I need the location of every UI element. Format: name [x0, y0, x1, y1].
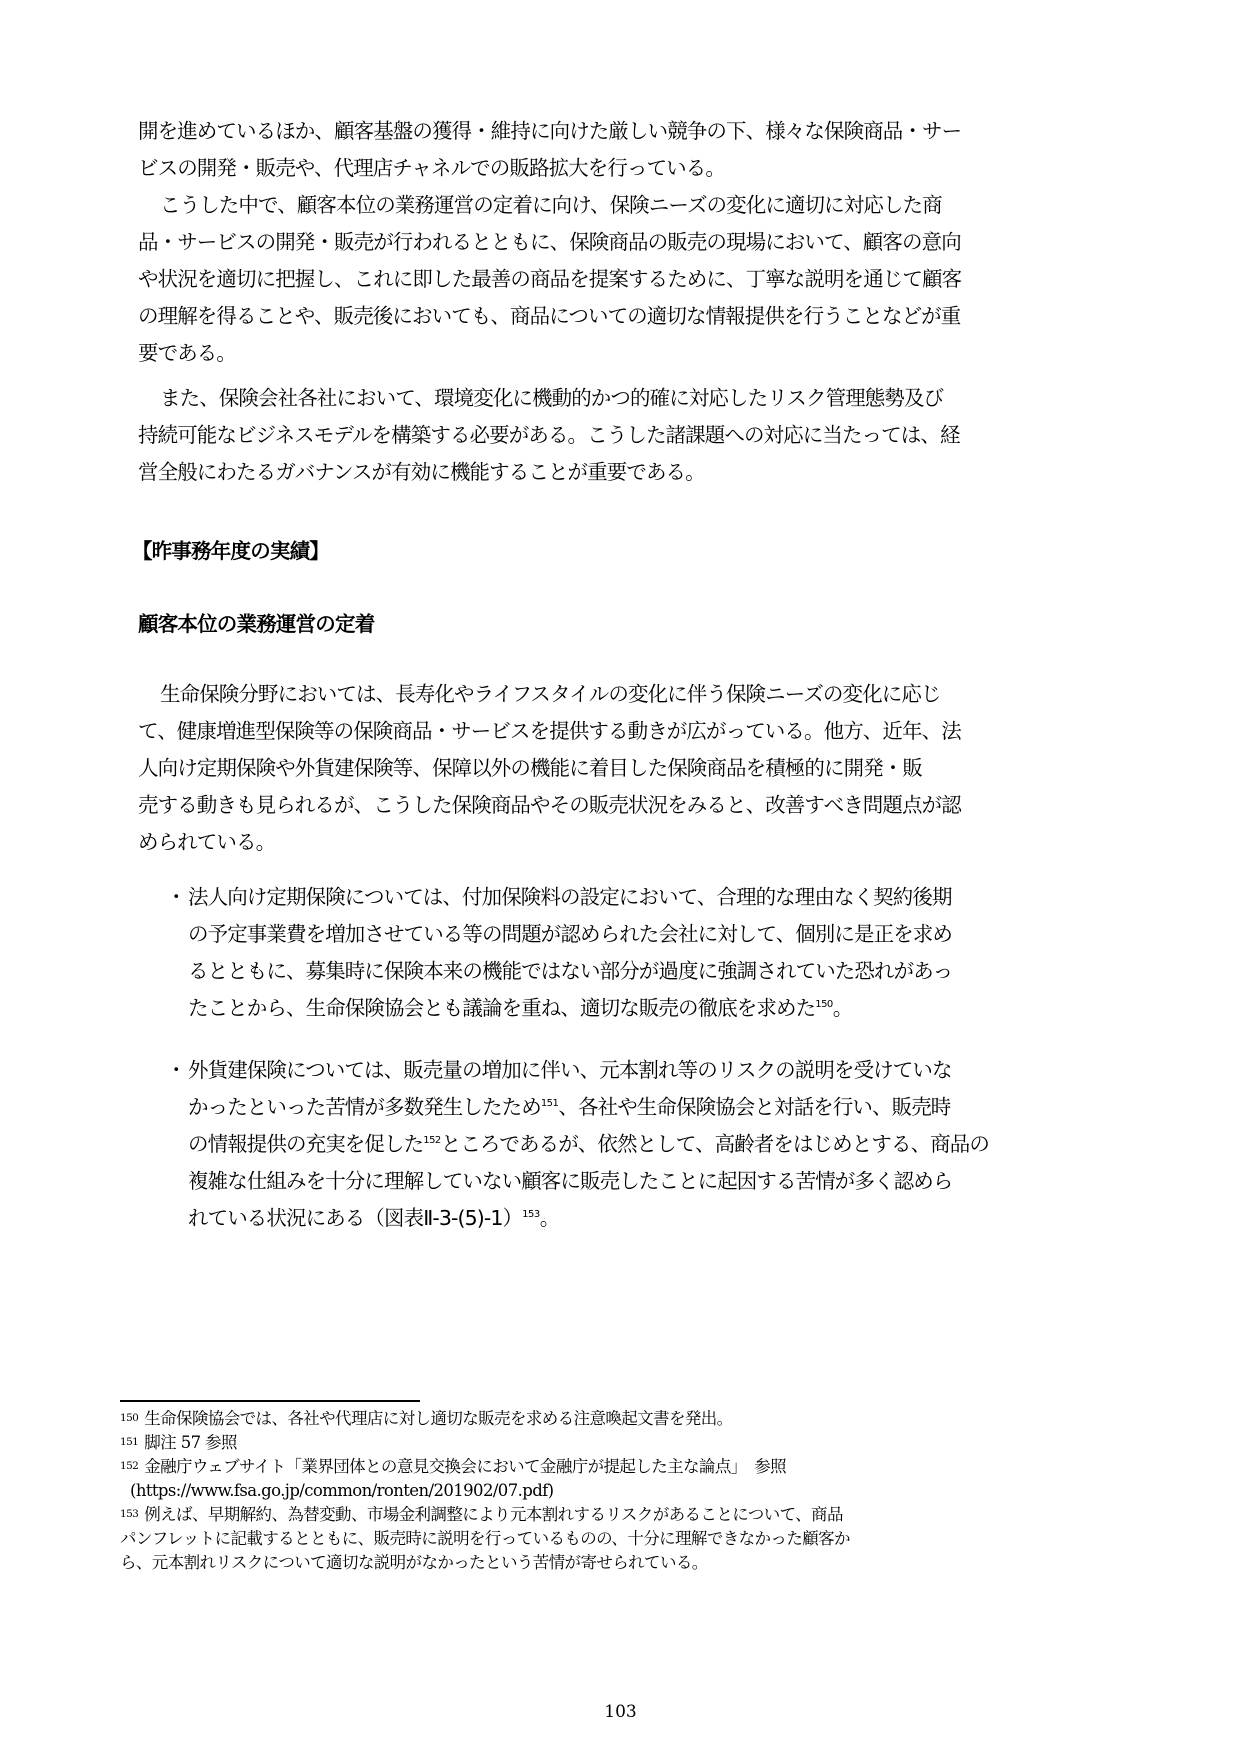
bullet-line: 複雑な仕組みを十分に理解していない顧客に販売したことに起因する苦情が多く認めら [188, 1167, 952, 1195]
footnote-152: 152金融庁ウェブサイト「業界団体との意見交換会において金融庁が提起した主な論点… [120, 1456, 786, 1478]
paragraph-line: 品・サービスの開発・販売が行われるとともに、保険商品の販売の現場において、顧客の… [138, 228, 961, 256]
page-number: 103 [0, 1702, 1241, 1722]
footnote-url-link[interactable]: (https://www.fsa.go.jp/common/ronten/201… [130, 1480, 554, 1502]
footnote-151: 151脚注 57 参照 [120, 1432, 237, 1454]
bullet-text: 。 [833, 996, 853, 1020]
footnote-number: 151 [120, 1436, 138, 1448]
paragraph-line: こうした中で、顧客本位の業務運営の定着に向け、保険ニーズの変化に適切に対応した商 [138, 191, 942, 219]
bullet-text: の情報提供の充実を促した [188, 1132, 423, 1156]
document-page: 開を進めているほか、顧客基盤の獲得・維持に向けた厳しい競争の下、様々な保険商品・… [0, 0, 1241, 1754]
footnote-divider [120, 1400, 420, 1402]
bullet-line: かったといった苦情が多数発生したため151、各社や生命保険協会と対話を行い、販売… [188, 1093, 950, 1121]
bullet-line: 法人向け定期保険については、付加保険料の設定において、合理的な理由なく契約後期 [188, 883, 952, 911]
footnote-ref-153[interactable]: 153 [522, 1209, 540, 1220]
bullet-text: れている状況にある（図表Ⅱ-3-(5)-1） [188, 1206, 522, 1230]
intro-line: ビスの開発・販売や、代理店チャネルでの販路拡大を行っている。 [138, 154, 725, 182]
bullet-line: れている状況にある（図表Ⅱ-3-(5)-1）153。 [188, 1204, 559, 1232]
footnote-150: 150生命保険協会では、各社や代理店に対し適切な販売を求める注意喚起文書を発出。 [120, 1408, 733, 1430]
footnote-text: 金融庁ウェブサイト「業界団体との意見交換会において金融庁が提起した主な論点」 参… [144, 1457, 786, 1476]
bullet-line: るとともに、募集時に保険本来の機能ではない部分が過度に強調されていた恐れがあっ [188, 957, 952, 985]
paragraph-line: また、保険会社各社において、環境変化に機動的かつ的確に対応したリスク管理態勢及び [138, 384, 943, 412]
paragraph-line: や状況を適切に把握し、これに即した最善の商品を提案するために、丁寧な説明を通じて… [138, 265, 961, 293]
bullet-line: たことから、生命保険協会とも議論を重ね、適切な販売の徹底を求めた150。 [188, 994, 852, 1022]
bullet-text: たことから、生命保険協会とも議論を重ね、適切な販売の徹底を求めた [188, 996, 815, 1020]
footnote-text: 生命保険協会では、各社や代理店に対し適切な販売を求める注意喚起文書を発出。 [144, 1409, 732, 1428]
paragraph-line: 持続可能なビジネスモデルを構築する必要がある。こうした諸課題への対応に当たっては… [138, 421, 960, 449]
footnote-number: 152 [120, 1460, 138, 1472]
paragraph-line: て、健康増進型保険等の保険商品・サービスを提供する動きが広がっている。他方、近年… [138, 717, 961, 745]
footnote-number: 153 [120, 1508, 138, 1520]
bullet-text: ところであるが、依然として、高齢者をはじめとする、商品の [441, 1132, 989, 1156]
footnote-number: 150 [120, 1412, 138, 1424]
intro-line: 開を進めているほか、顧客基盤の獲得・維持に向けた厳しい競争の下、様々な保険商品・… [138, 117, 961, 145]
subsection-heading: 顧客本位の業務運営の定着 [138, 610, 374, 638]
footnote-153: 153例えば、早期解約、為替変動、市場金利調整により元本割れするリスクがあること… [120, 1504, 843, 1526]
bullet-text: 。 [540, 1206, 560, 1230]
footnote-line: ら、元本割れリスクについて適切な説明がなかったという苦情が寄せられている。 [120, 1552, 708, 1574]
paragraph-line: の理解を得ることや、販売後においても、商品についての適切な情報提供を行うことなど… [138, 302, 960, 330]
footnote-text: 例えば、早期解約、為替変動、市場金利調整により元本割れするリスクがあることについ… [144, 1505, 843, 1524]
section-heading: 【昨事務年度の実績】 [132, 537, 329, 565]
bullet-marker: ・ [166, 1056, 186, 1084]
paragraph-line: められている。 [138, 828, 275, 856]
footnote-line: パンフレットに記載するとともに、販売時に説明を行っているものの、十分に理解できな… [120, 1528, 850, 1550]
footnote-text: 脚注 57 参照 [144, 1433, 237, 1452]
footnote-ref-151[interactable]: 151 [541, 1098, 559, 1109]
paragraph-line: 生命保険分野においては、長寿化やライフスタイルの変化に伴う保険ニーズの変化に応じ [138, 680, 941, 708]
paragraph-line: 要である。 [138, 339, 236, 367]
bullet-marker: ・ [166, 883, 186, 911]
footnote-ref-150[interactable]: 150 [815, 999, 833, 1010]
paragraph-line: 営全般にわたるガバナンスが有効に機能することが重要である。 [138, 458, 705, 486]
footnote-ref-152[interactable]: 152 [423, 1135, 441, 1146]
bullet-line: 外貨建保険については、販売量の増加に伴い、元本割れ等のリスクの説明を受けていな [188, 1056, 952, 1084]
paragraph-line: 売する動きも見られるが、こうした保険商品やその販売状況をみると、改善すべき問題点… [138, 791, 961, 819]
bullet-line: の予定事業費を増加させている等の問題が認められた会社に対して、個別に是正を求め [188, 920, 952, 948]
bullet-text: かったといった苦情が多数発生したため [188, 1095, 541, 1119]
bullet-line: の情報提供の充実を促した152ところであるが、依然として、高齢者をはじめとする、… [188, 1130, 989, 1158]
paragraph-line: 人向け定期保険や外貨建保険等、保障以外の機能に着目した保険商品を積極的に開発・販 [138, 754, 922, 782]
bullet-text: 、各社や生命保険協会と対話を行い、販売時 [558, 1095, 950, 1119]
